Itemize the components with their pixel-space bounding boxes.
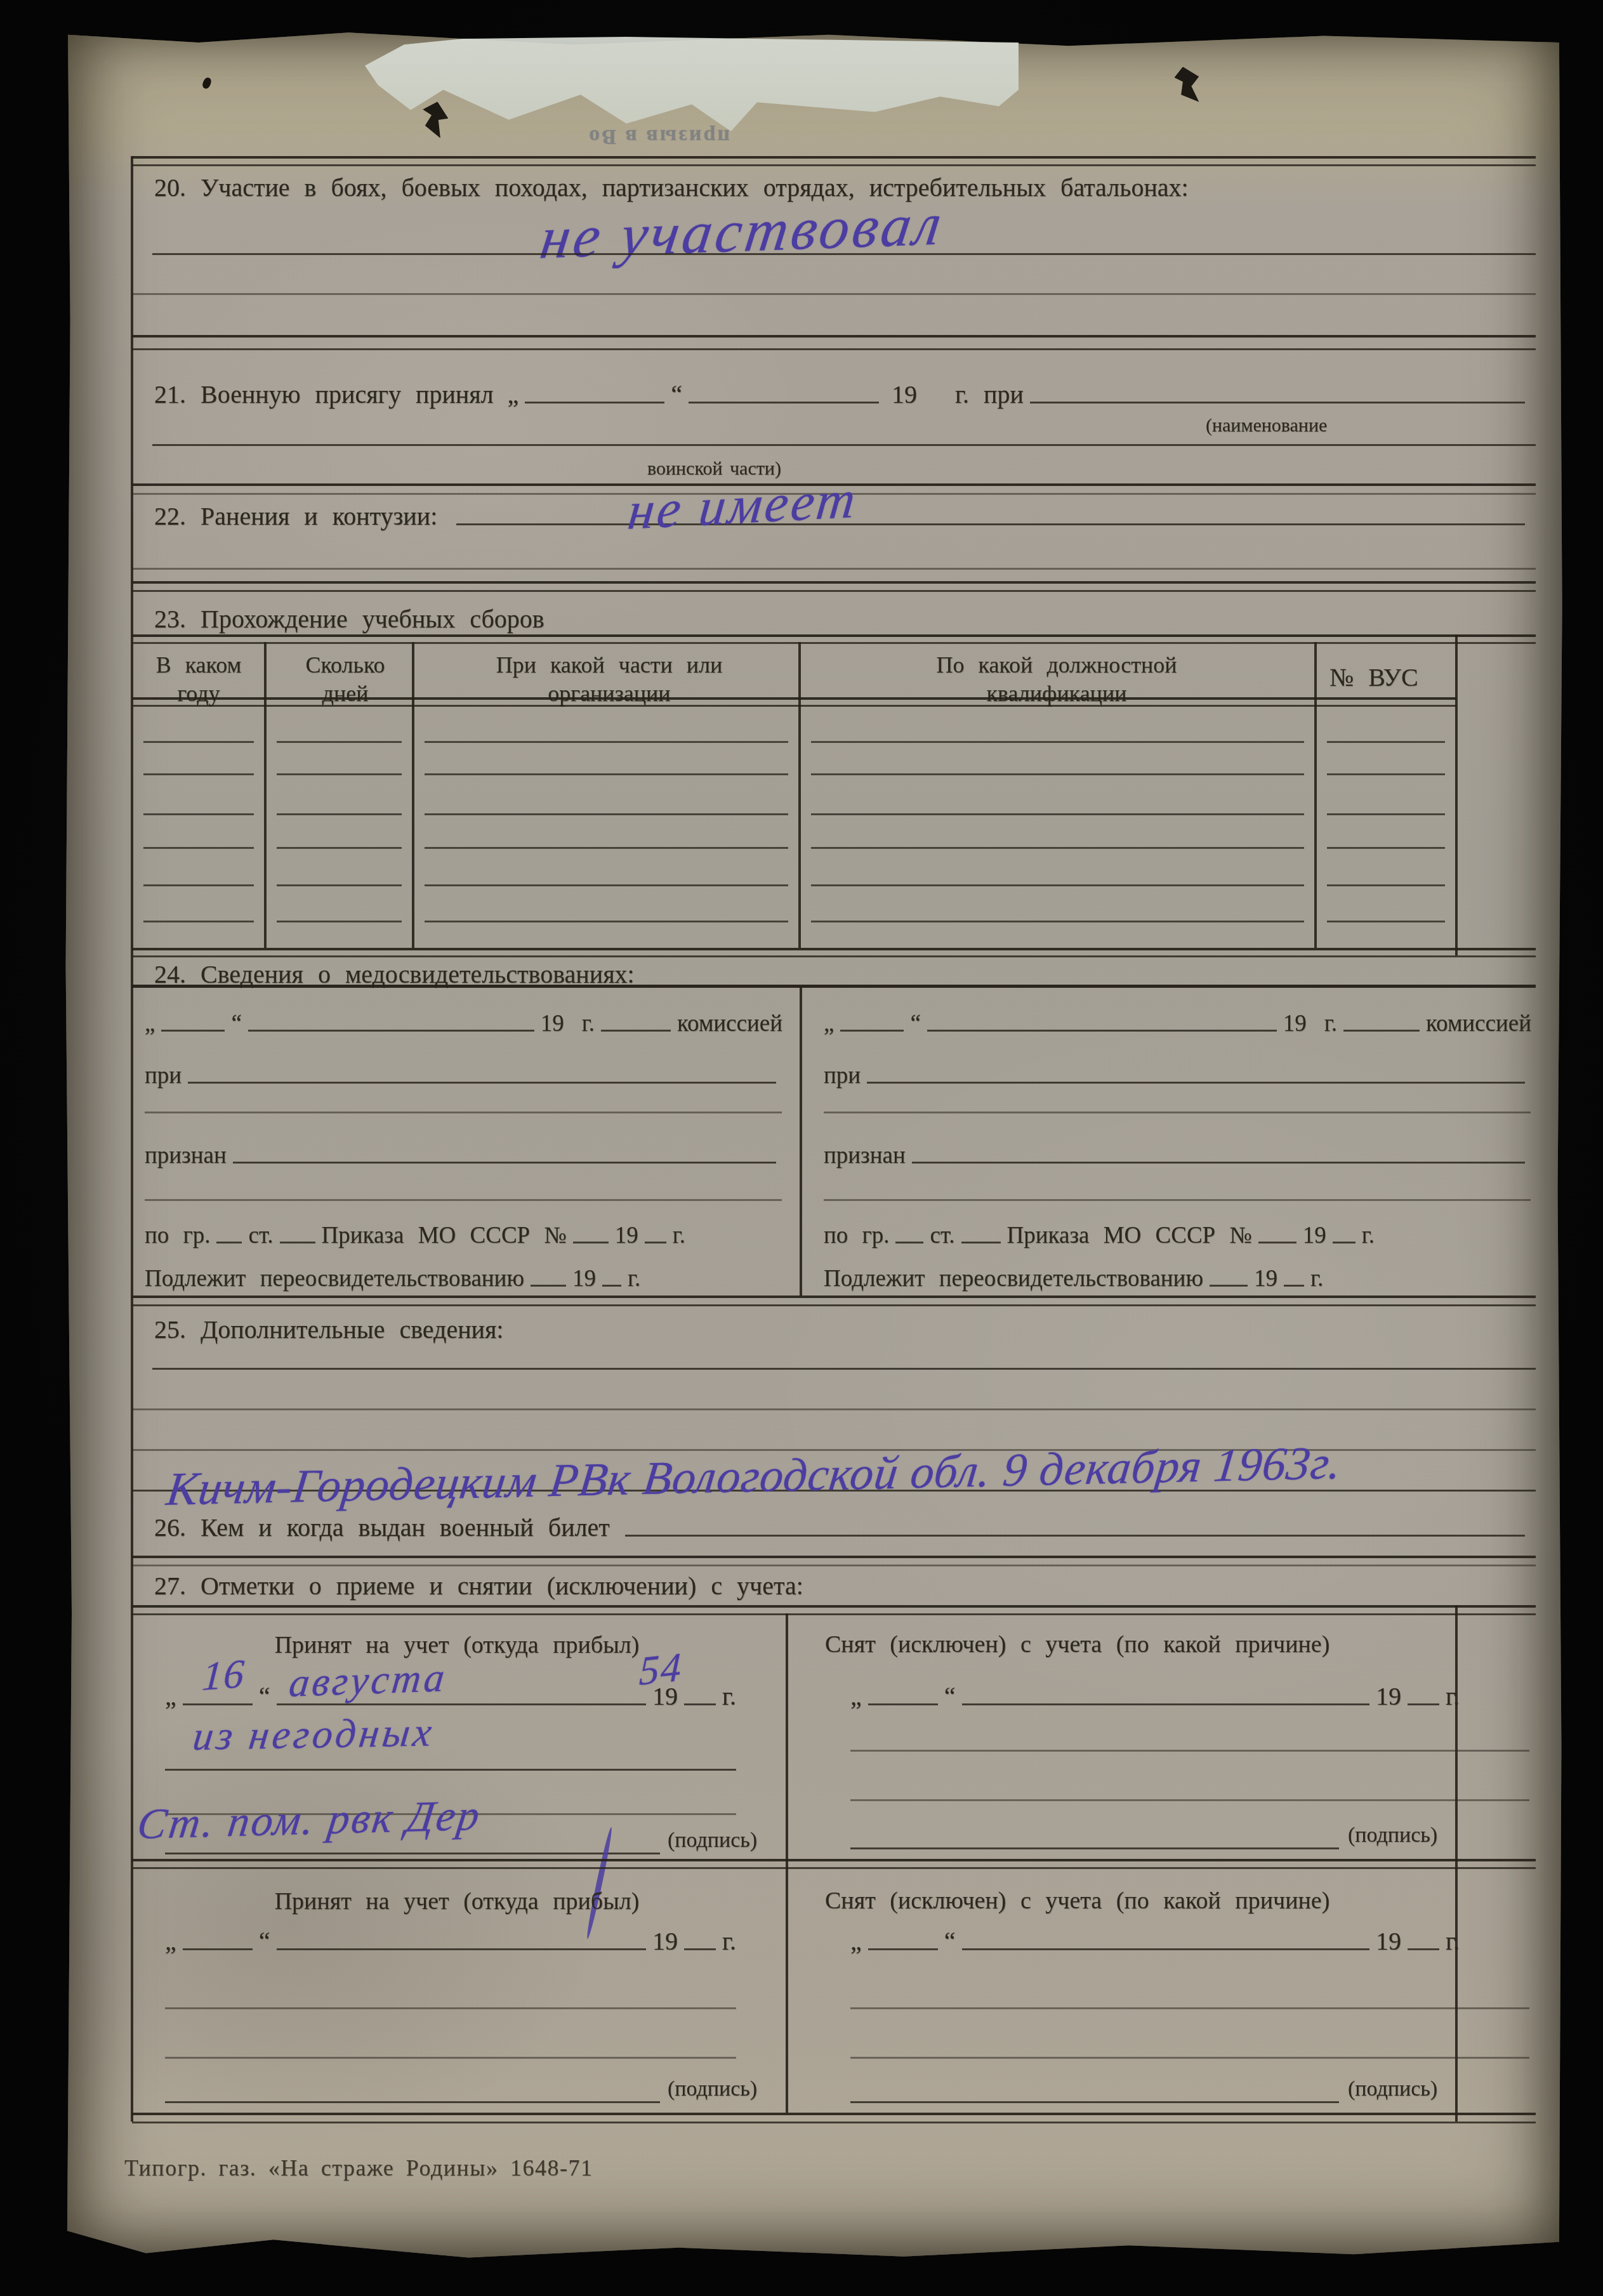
registration-table-divider <box>786 1613 788 2113</box>
blank-line <box>961 1240 1001 1243</box>
medical-recognized-row: признан <box>824 1142 1531 1169</box>
ruled-line <box>145 1112 782 1113</box>
section21-row: 21. Военную присягу принял „ “ 19 г. при <box>154 379 1531 409</box>
blank-line <box>280 1240 315 1243</box>
reexam-label: Подлежит переосвидетельствованию <box>145 1265 524 1292</box>
blank-line <box>1343 1028 1420 1032</box>
blank-line <box>840 1028 904 1032</box>
print-footer: Типогр. газ. «На страже Родины» 1648-71 <box>124 2155 593 2181</box>
table-row <box>132 738 1456 743</box>
blank-line <box>573 1240 609 1243</box>
medical-date-row: „ “ 19 г. комиссией <box>145 1010 782 1037</box>
blank-line <box>183 1702 253 1705</box>
blank-line <box>868 1947 938 1950</box>
table-right-border <box>1455 634 1458 955</box>
close-quote: “ <box>910 1010 920 1037</box>
gr-label: по гр. <box>145 1222 210 1249</box>
ruled-line <box>824 1112 1531 1113</box>
at-label: при <box>824 1062 861 1089</box>
rule <box>132 581 1536 584</box>
year-prefix: 19 <box>572 1265 596 1292</box>
table-column-divider <box>798 642 801 948</box>
year-prefix: 19 <box>1283 1010 1307 1037</box>
blank-line <box>684 1947 716 1950</box>
year-prefix: 19 <box>1376 1681 1401 1711</box>
open-quote: „ <box>850 1681 862 1711</box>
blank-line <box>962 1947 1370 1950</box>
year-prefix: 19 <box>1303 1222 1326 1249</box>
year-prefix: 19 <box>652 1926 678 1956</box>
signature-line <box>850 1847 1339 1849</box>
blank-line <box>188 1080 776 1084</box>
ruled-line <box>132 1408 1536 1410</box>
blank-line <box>161 1028 225 1032</box>
year-suffix-label: г. при <box>955 379 1024 409</box>
open-quote: „ <box>850 1926 862 1956</box>
removed-date-row: „ “ 19 г. <box>850 1926 1460 1956</box>
table-border <box>132 697 1456 700</box>
blank-line <box>248 1028 534 1032</box>
signature-line <box>165 2101 660 2103</box>
blank-line <box>1284 1283 1304 1287</box>
blank-line <box>601 1028 671 1032</box>
ruled-line <box>152 444 1536 446</box>
close-quote: “ <box>259 1926 270 1956</box>
blank-line <box>895 1240 923 1243</box>
medical-reexam-row: Подлежит переосвидетельствованию 19 г. <box>824 1265 1531 1292</box>
table-row <box>132 844 1456 849</box>
year-prefix: 19 <box>541 1010 564 1037</box>
rule <box>132 985 1536 988</box>
year-prefix: 19 <box>615 1222 638 1249</box>
year-label: г. <box>722 1681 736 1711</box>
rule <box>132 1304 1536 1306</box>
st-label: ст. <box>248 1222 273 1249</box>
section27-title: 27. Отметки о приеме и снятии (исключени… <box>154 1571 803 1601</box>
table-column-divider <box>1314 642 1317 948</box>
blank-line <box>1258 1240 1296 1243</box>
st-label: ст. <box>930 1222 954 1249</box>
medical-order-row: по гр. ст. Приказа МО СССР № 19 г. <box>145 1222 782 1249</box>
open-quote: „ <box>145 1010 155 1037</box>
removed-date-row: „ “ 19 г. <box>850 1681 1460 1711</box>
table-border <box>132 634 1536 637</box>
removed-cell-title: Снят (исключен) с учета (по какой причин… <box>825 1630 1329 1658</box>
table-border <box>132 1605 1536 1608</box>
table-row <box>132 881 1456 886</box>
section23-title: 23. Прохождение учебных сборов <box>154 604 544 634</box>
medical-date-row: „ “ 19 г. комиссией <box>824 1010 1531 1037</box>
blank-line <box>1408 1702 1439 1705</box>
medical-reexam-row: Подлежит переосвидетельствованию 19 г. <box>145 1265 782 1292</box>
blank-line <box>277 1947 647 1950</box>
at-label: при <box>145 1062 181 1089</box>
table-border <box>132 948 1536 950</box>
medical-recognized-row: признан <box>145 1142 782 1169</box>
year-label: г. <box>582 1010 595 1037</box>
rule <box>132 156 1536 159</box>
year-label: г. <box>1362 1222 1375 1249</box>
rule <box>132 590 1536 592</box>
entry-origin-handwriting: из негодных <box>190 1709 437 1760</box>
commission-label: комиссией <box>1426 1010 1531 1037</box>
blank-line <box>216 1240 242 1243</box>
blank-line <box>689 400 879 403</box>
column-header-vus: № ВУС <box>1329 662 1418 692</box>
ruled-line <box>165 2007 736 2009</box>
table-border <box>132 2113 1536 2115</box>
section26-row: 26. Кем и когда выдан военный билет <box>154 1512 1531 1542</box>
open-quote: „ <box>165 1681 176 1711</box>
blank-line <box>912 1160 1525 1164</box>
year-label: г. <box>628 1265 640 1292</box>
open-quote: „ <box>165 1926 176 1956</box>
accepted-date-row: „ “ 19 г. <box>165 1926 736 1956</box>
ruled-line <box>165 2057 736 2059</box>
recognized-label: признан <box>824 1142 906 1169</box>
table-border <box>132 705 1456 707</box>
close-quote: “ <box>259 1681 270 1711</box>
commission-label: комиссией <box>677 1010 782 1037</box>
close-quote: “ <box>944 1681 956 1711</box>
reexam-label: Подлежит переосвидетельствованию <box>824 1265 1203 1292</box>
rule <box>132 164 1536 166</box>
rule <box>132 1565 1536 1566</box>
table-border <box>132 1613 1536 1615</box>
section26-title: 26. Кем и когда выдан военный билет <box>154 1512 610 1542</box>
medical-panel-divider <box>800 987 802 1296</box>
rule <box>132 335 1536 338</box>
form-left-border <box>131 156 133 2122</box>
signature-caption: (подпись) <box>668 2077 757 2101</box>
blank-line <box>645 1240 666 1243</box>
signature-line <box>165 1853 660 1854</box>
blank-line <box>684 1702 716 1705</box>
table-row <box>132 810 1456 815</box>
section25-title: 25. Дополнительные сведения: <box>154 1315 503 1344</box>
section20-entry-handwriting: не участвовал <box>536 190 949 273</box>
year-prefix: 19 <box>1376 1926 1401 1956</box>
year-prefix: 19 <box>1254 1265 1277 1292</box>
open-quote: „ <box>824 1010 834 1037</box>
year-label: г. <box>722 1926 736 1956</box>
medical-at-row: при <box>824 1062 1531 1089</box>
year-label: г. <box>673 1222 685 1249</box>
table-row <box>132 770 1456 775</box>
ruled-line <box>152 253 1536 255</box>
ruled-line <box>850 1750 1529 1752</box>
ruled-line <box>850 1799 1529 1801</box>
signature-line <box>850 2101 1339 2103</box>
ruled-line <box>165 1769 736 1771</box>
blank-line <box>962 1702 1370 1705</box>
blank-line <box>602 1283 621 1287</box>
blank-line <box>625 1533 1525 1537</box>
year-label: г. <box>1446 1926 1460 1956</box>
table-row <box>132 917 1456 922</box>
section21-title: 21. Военную присягу принял <box>154 379 494 409</box>
table-border <box>132 642 1536 644</box>
section22-entry-handwriting: не имеет <box>625 468 861 542</box>
signature-caption: (подпись) <box>668 1828 757 1853</box>
medical-order-row: по гр. ст. Приказа МО СССР № 19 г. <box>824 1222 1531 1249</box>
entry-year-handwriting: 54 <box>638 1643 683 1695</box>
table-border <box>132 1859 1536 1861</box>
blank-line <box>1030 400 1525 403</box>
signature-caption: (подпись) <box>1348 2077 1437 2101</box>
blank-line <box>867 1080 1525 1084</box>
year-prefix: 19 <box>892 379 917 409</box>
order-label: Приказа МО СССР № <box>1007 1222 1252 1249</box>
rule <box>132 348 1536 350</box>
table-column-divider <box>412 642 414 948</box>
blank-line <box>868 1702 938 1705</box>
table-column-divider <box>264 642 267 948</box>
blank-line <box>183 1947 253 1950</box>
section21-caption1: (наименование <box>1206 415 1327 436</box>
medical-at-row: при <box>145 1062 782 1089</box>
year-label: г. <box>1324 1010 1337 1037</box>
blank-line <box>1210 1283 1248 1287</box>
table-border <box>132 2122 1536 2123</box>
gr-label: по гр. <box>824 1222 889 1249</box>
ruled-line <box>152 1368 1536 1370</box>
blank-line <box>927 1028 1277 1032</box>
rule <box>132 1296 1536 1298</box>
year-label: г. <box>1310 1265 1323 1292</box>
signature-caption: (подпись) <box>1348 1823 1437 1847</box>
scan-background: призыв в Во 20. Участие в боях, боевых п… <box>0 0 1603 2296</box>
blank-line <box>1408 1947 1439 1950</box>
removed-cell-title: Снят (исключен) с учета (по какой причин… <box>825 1887 1329 1915</box>
year-label: г. <box>1446 1681 1460 1711</box>
open-quote: „ <box>508 379 519 409</box>
ruled-line <box>132 568 1536 570</box>
close-quote: “ <box>944 1926 956 1956</box>
ruled-line <box>145 1199 782 1201</box>
blank-line <box>531 1283 566 1287</box>
table-border <box>132 1867 1536 1869</box>
blank-line <box>233 1160 776 1164</box>
ruled-line <box>132 293 1536 295</box>
section22-title: 22. Ранения и контузии: <box>154 501 437 531</box>
blank-line <box>456 522 1525 525</box>
close-quote: “ <box>671 379 682 409</box>
recognized-label: признан <box>145 1142 227 1169</box>
ruled-line <box>850 2057 1529 2059</box>
stamp-fragment: призыв в Во <box>489 124 730 148</box>
entry-month-handwriting: августа <box>287 1654 449 1707</box>
ruled-line <box>824 1199 1531 1201</box>
ruled-line <box>850 2007 1529 2009</box>
rule <box>132 1556 1536 1558</box>
table-border <box>132 955 1536 957</box>
accepted-cell-title: Принят на учет (откуда прибыл) <box>190 1887 723 1917</box>
section20-title: 20. Участие в боях, боевых походах, парт… <box>154 173 1189 202</box>
blank-line <box>525 400 664 403</box>
entry-day-handwriting: 16 <box>201 1650 247 1700</box>
order-label: Приказа МО СССР № <box>322 1222 567 1249</box>
entry-signature-handwriting: Ст. пом. рвк Дер <box>135 1790 484 1849</box>
blank-line <box>1333 1240 1356 1243</box>
close-quote: “ <box>231 1010 241 1037</box>
